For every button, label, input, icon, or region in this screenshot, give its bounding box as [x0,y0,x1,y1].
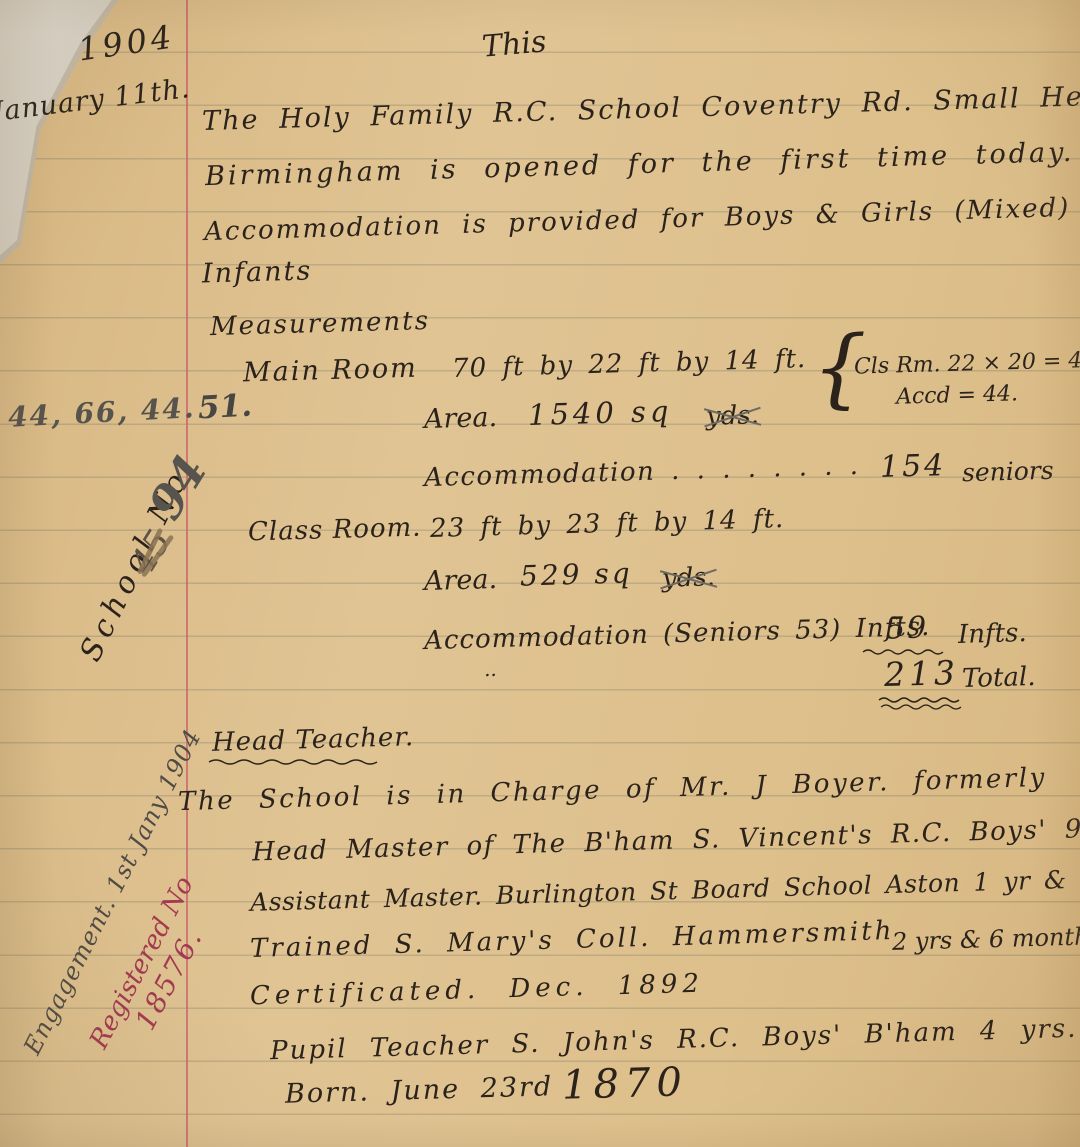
area-main-unit: yds. [706,401,760,431]
headmaster-line: Head Master of The B'ham S. Vincent's R.… [252,814,1080,868]
margin-counts: 44, 66, 44. [7,393,196,434]
logbook-page: 1904 This January 11th. The Holy Family … [0,0,1080,1147]
squiggle-underline [208,758,388,767]
total-label: Total. [962,663,1036,694]
entry-line: Accommodation is provided for Boys & Gir… [204,192,1080,247]
pupil-teacher-line: Pupil Teacher S. John's R.C. Boys' B'ham… [270,1015,1078,1066]
crossed-out-unit: yds. [662,563,716,593]
area-class-value: 529 sq [520,558,633,592]
ditto-mark: .. [484,658,497,680]
born-year: 1870 [561,1060,688,1107]
charge-line: The School is in Charge of Mr. J Boyer. … [178,764,1047,817]
accommodation-class-text: Accommodation (Seniors 53) Infts. [424,613,931,656]
accommodation-class-unit: Infts. [958,619,1027,650]
accommodation-main-value: 154 [880,449,947,484]
area-class-label: Area. [424,565,498,597]
certificated-line: Certificated. Dec. 1892 [250,970,705,1011]
area-class-unit: yds. [662,563,716,593]
main-room-dims: 70 ft by 22 ft by 14 ft. [452,345,807,383]
margin-counts-extra: 51. [197,389,253,426]
entry-line: Birmingham is opened for the first time … [205,138,1075,192]
born-label: Born. June 23rd [285,1072,554,1109]
area-main-label: Area. [424,403,498,435]
measurements-title: Measurements [210,307,431,342]
class-room-label: Class Room. [248,514,422,547]
entry-line: The Holy Family R.C. School Coventry Rd.… [202,81,1080,137]
total-value: 213 [884,655,960,693]
trained-duration: 2 yrs & 6 months [892,923,1080,955]
class-room-dims: 23 ft by 23 ft by 14 ft. [430,505,785,543]
classroom-note-line2: Accd = 44. [896,382,1019,410]
head-teacher-title: Head Teacher. [212,723,415,757]
trained-line: Trained S. Mary's Coll. Hammersmith [250,917,895,964]
area-main-value: 1540 sq [528,396,673,432]
assistant-line: Assistant Master. Burlington St Board Sc… [250,863,1080,916]
accommodation-class-value: 59 [886,611,929,645]
accommodation-main-label: Accommodation . . . . . . . . [424,452,860,493]
catchword: This [481,25,548,63]
classroom-note-line1: Cls Rm. 22 × 20 = 440 [854,348,1080,379]
entry-line: Infants [202,256,313,289]
crossed-out-unit: yds. [706,401,760,431]
main-room-label: Main Room [243,354,419,389]
accommodation-main-unit: seniors [962,457,1054,487]
squiggle-underline [880,703,970,711]
